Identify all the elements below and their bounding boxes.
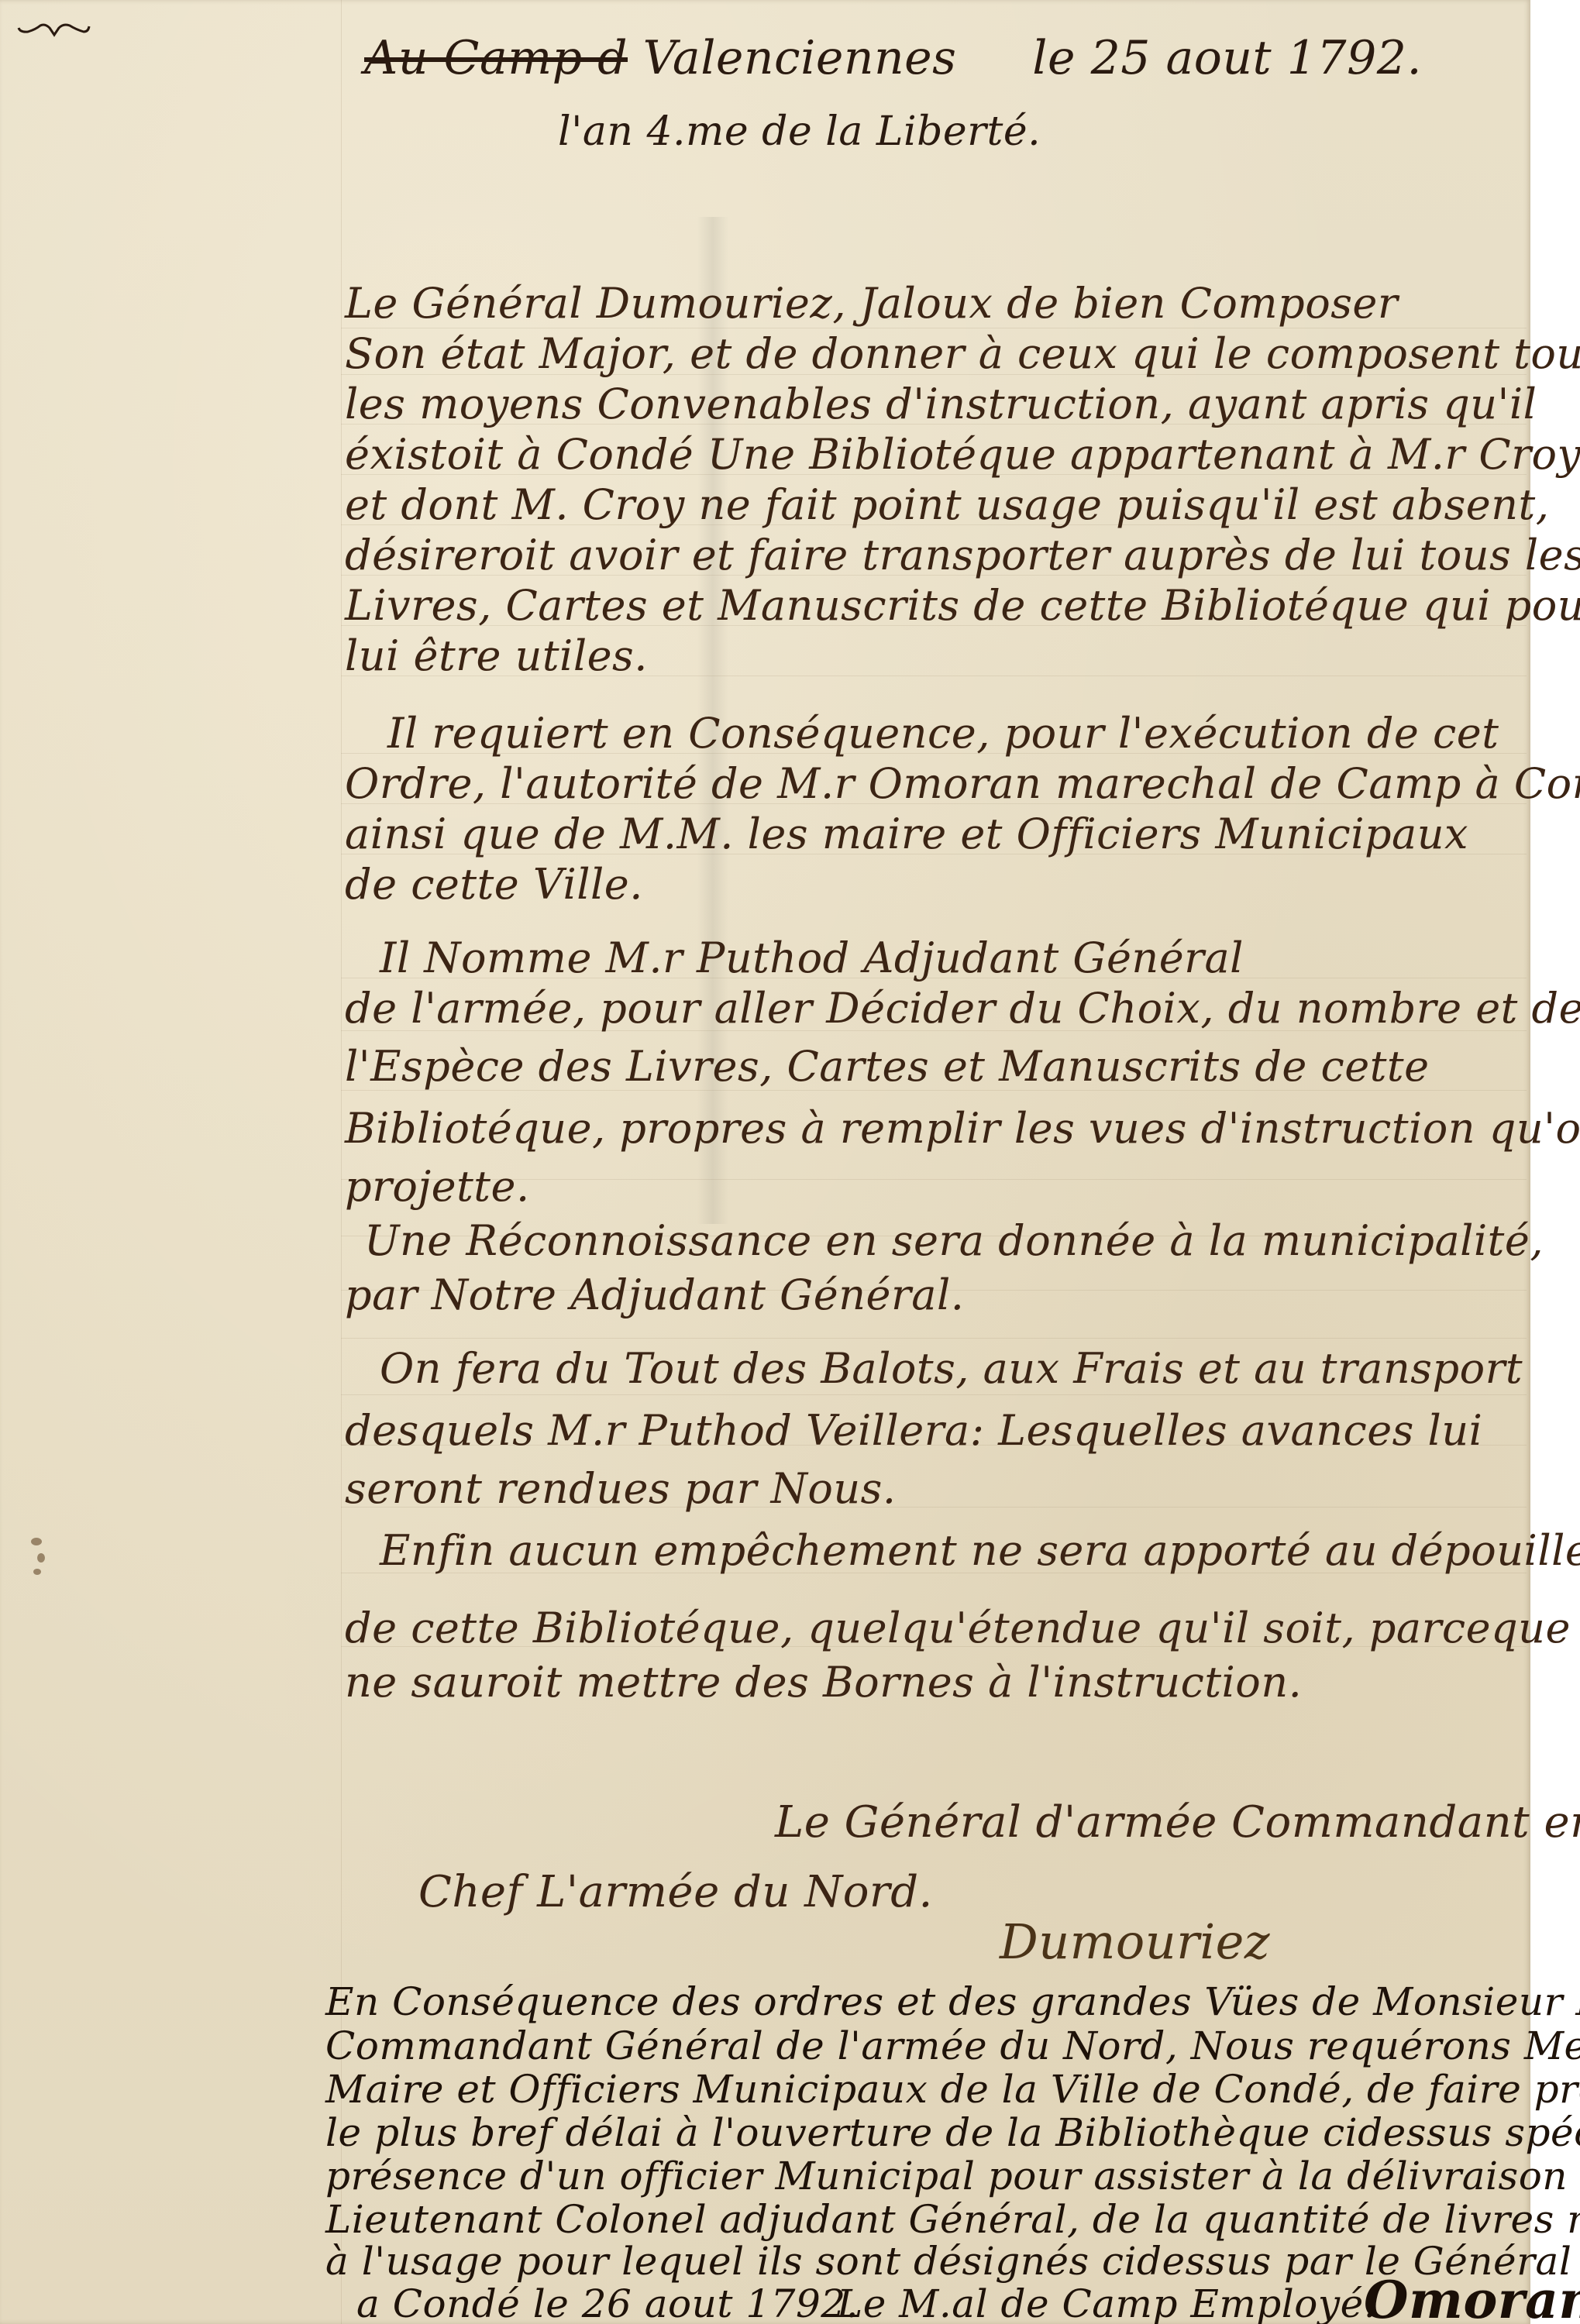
body-line: seront rendues par Nous. (345, 1464, 897, 1513)
body-line: Enfin aucun empêchement ne sera apporté … (380, 1526, 1580, 1575)
body-line: projette. (345, 1162, 530, 1211)
signature-dumouriez: Dumouriez (1000, 1913, 1270, 1970)
body-line: lui être utiles. (345, 631, 648, 680)
header-dateline: Au Camp d Valenciennes le 25 aout 1792. (364, 31, 1422, 85)
body-line: Une Réconnoissance en sera donnée à la m… (364, 1216, 1544, 1265)
ruled-line (341, 1394, 1527, 1395)
body-line: de l'armée, pour aller Décider du Choix,… (345, 984, 1580, 1033)
ink-blot (31, 1538, 42, 1545)
header-day: 25 (1091, 31, 1151, 85)
endorsement-line: présence d'un officier Municipal pour as… (325, 2154, 1580, 2199)
header-date-prefix: le (1032, 31, 1076, 85)
body-line: Il Nomme M.r Puthod Adjudant Général (380, 933, 1244, 982)
body-line: Ordre, l'autorité de M.r Omoran marechal… (345, 759, 1580, 808)
body-line: Son état Major, et de donner à ceux qui … (345, 329, 1580, 378)
ruled-line (341, 328, 1527, 328)
body-line: les moyens Convenables d'instruction, ay… (345, 380, 1537, 428)
body-line: ne sauroit mettre des Bornes à l'instruc… (345, 1658, 1302, 1707)
body-line: l'Espèce des Livres, Cartes et Manuscrit… (345, 1042, 1430, 1091)
body-line: ainsi que de M.M. les maire et Officiers… (345, 810, 1468, 858)
margin-rule (341, 0, 342, 2324)
header-year: 1792. (1287, 31, 1422, 85)
endorsement-line: Lieutenant Colonel adjudant Général, de … (325, 2197, 1580, 2242)
body-line: et dont M. Croy ne fait point usage puis… (345, 480, 1549, 529)
ink-blot (37, 1553, 45, 1563)
closing-line-2: Chef L'armée du Nord. (418, 1867, 933, 1917)
header-month: aout (1166, 31, 1272, 85)
signature-omoran: Omoran (1364, 2270, 1580, 2324)
header-era-line: l'an 4.me de la Liberté. (558, 108, 1041, 155)
body-line: Bibliotéque, propres à remplir les vues … (345, 1104, 1580, 1153)
closing-line-1: Le Général d'armée Commandant en (775, 1797, 1580, 1848)
body-line: par Notre Adjudant Général. (345, 1270, 964, 1319)
ink-blot (33, 1569, 41, 1575)
endorsement-place-date: a Condé le 26 aout 1792. (356, 2281, 859, 2324)
body-line: éxistoit à Condé Une Bibliotéque apparte… (345, 430, 1580, 479)
body-line: On fera du Tout des Balots, aux Frais et… (380, 1344, 1523, 1393)
body-line: Livres, Cartes et Manuscrits de cette Bi… (345, 581, 1580, 630)
body-line: désireroit avoir et faire transporter au… (345, 531, 1580, 579)
endorsement-title: Le M.al de Camp Employé. (837, 2281, 1376, 2324)
document-page: Au Camp d Valenciennes le 25 aout 1792. … (0, 0, 1530, 2324)
header-place: Valenciennes (643, 31, 957, 85)
ruled-line (341, 1338, 1527, 1339)
endorsement-line: Commandant Général de l'armée du Nord, N… (325, 2023, 1580, 2068)
body-line: de cette Ville. (345, 860, 643, 909)
endorsement-line: Maire et Officiers Municipaux de la Vill… (325, 2067, 1580, 2112)
body-line: de cette Bibliotéque, quelqu'étendue qu'… (345, 1604, 1580, 1652)
body-line: desquels M.r Puthod Veillera: Lesquelles… (345, 1406, 1482, 1455)
header-place-struck: Au Camp d (364, 31, 628, 85)
body-line: Il requiert en Conséquence, pour l'exécu… (387, 709, 1499, 758)
endorsement-line: En Conséquence des ordres et des grandes… (325, 1979, 1580, 2024)
flourish-ornament-icon (17, 22, 91, 39)
body-line: Le Général Dumouriez, Jaloux de bien Com… (345, 279, 1398, 328)
endorsement-line: le plus bref délai à l'ouverture de la B… (325, 2110, 1580, 2155)
